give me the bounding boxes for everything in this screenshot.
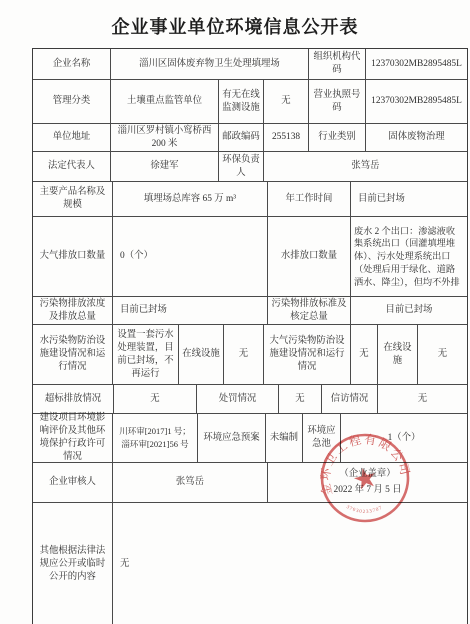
water-treatment-online-value: 无 (223, 325, 263, 384)
reviewer-label: 企业审核人 (33, 463, 112, 502)
water-treatment-value: 设置一套污水处理装置，目前已封场，不再运行 (112, 325, 178, 384)
table-row: 管理分类 土壤重点监管单位 有无在线监测设施 无 营业执照号码 12370302… (33, 79, 467, 123)
air-outlets-label: 大气排放口数量 (33, 217, 112, 296)
postal-code-value: 255138 (263, 124, 308, 151)
address-value: 淄川区罗村镇小窎桥西 200 米 (110, 124, 218, 151)
env-officer-value: 张笃岳 (263, 152, 467, 181)
management-category-value: 土壤重点监管单位 (110, 80, 218, 123)
petition-value: 无 (377, 385, 467, 413)
table-row: 单位地址 淄川区罗村镇小窎桥西 200 米 邮政编码 255138 行业类别 固… (33, 123, 467, 151)
air-treatment-online-label: 在线设施 (377, 325, 417, 384)
emergency-pool-label: 环境应急池 (302, 414, 340, 462)
stamp-note: （企业盖章） (339, 468, 395, 481)
air-treatment-label: 大气污染物防治设施建设情况和运行情况 (263, 325, 350, 384)
table-row: 水污染物防治设施建设情况和运行情况 设置一套污水处理装置，目前已封场，不再运行 … (33, 324, 467, 384)
air-treatment-value: 无 (350, 325, 377, 384)
org-code-label: 组织机构代码 (308, 49, 365, 79)
other-disclosure-value: 无 (112, 503, 467, 624)
stamp-date: 2022 年 7 月 5 日 (334, 484, 402, 497)
table-row: 企业名称 淄川区固体废弃物卫生处理填埋场 组织机构代码 12370302MB28… (33, 49, 467, 79)
air-treatment-online-value: 无 (417, 325, 467, 384)
main-products-value: 填埋场总库容 65 万 m³ (112, 182, 267, 216)
legal-representative-value: 徐建军 (110, 152, 218, 181)
page-title: 企业事业单位环境信息公开表 (0, 13, 470, 39)
table-row: 其他根据法律法规应公开或临时公开的内容 无 (33, 502, 467, 624)
table-row: 企业审核人 张笃岳 （企业盖章） 2022 年 7 月 5 日 (33, 462, 467, 502)
company-name-value: 淄川区固体废弃物卫生处理填埋场 (110, 49, 308, 79)
table-row: 建设项目环境影响评价及其他环境保护行政许可情况 川环审[2017]1 号；淄环审… (33, 413, 467, 462)
water-treatment-label: 水污染物防治设施建设情况和运行情况 (33, 325, 112, 384)
annual-work-time-label: 年工作时间 (267, 182, 350, 216)
reviewer-value: 张笃岳 (112, 463, 267, 502)
management-category-label: 管理分类 (33, 80, 110, 123)
water-outlets-value: 废水 2 个出口：渗滤液收集系统出口（回灌填埋堆体）、污水处理系统出口（处理后用… (350, 217, 467, 296)
discharge-concentration-value: 目前已封场 (112, 297, 267, 324)
water-outlets-label: 水排放口数量 (267, 217, 350, 296)
table-row: 法定代表人 徐建军 环保负责人 张笃岳 (33, 151, 467, 181)
discharge-concentration-label: 污染物排放浓度及排放总量 (33, 297, 112, 324)
legal-representative-label: 法定代表人 (33, 152, 110, 181)
table-row: 大气排放口数量 0（个） 水排放口数量 废水 2 个出口：渗滤液收集系统出口（回… (33, 216, 467, 296)
eia-permits-label: 建设项目环境影响评价及其他环境保护行政许可情况 (33, 414, 112, 462)
emergency-pool-value: 1（个） (340, 414, 467, 462)
document-page: 企业事业单位环境信息公开表 企业名称 淄川区固体废弃物卫生处理填埋场 组织机构代… (0, 0, 470, 624)
industry-value: 固体废物治理 (365, 124, 467, 151)
address-label: 单位地址 (33, 124, 110, 151)
company-name-label: 企业名称 (33, 49, 110, 79)
discharge-standards-value: 目前已封场 (350, 297, 467, 324)
eia-permits-value: 川环审[2017]1 号；淄环审[2021]56 号 (112, 414, 197, 462)
table-row: 主要产品名称及规模 填埋场总库容 65 万 m³ 年工作时间 目前已封场 (33, 181, 467, 216)
discharge-standards-label: 污染物排放标准及核定总量 (267, 297, 350, 324)
water-treatment-online-label: 在线设施 (178, 325, 223, 384)
postal-code-label: 邮政编码 (218, 124, 263, 151)
env-officer-label: 环保负责人 (218, 152, 263, 181)
business-license-value: 12370302MB2895485L (365, 80, 467, 123)
online-monitoring-label: 有无在线监测设施 (218, 80, 263, 123)
excess-discharge-value: 无 (113, 385, 196, 413)
table-row: 污染物排放浓度及排放总量 目前已封场 污染物排放标准及核定总量 目前已封场 (33, 296, 467, 324)
excess-discharge-label: 超标排放情况 (33, 385, 113, 413)
other-disclosure-label: 其他根据法律法规应公开或临时公开的内容 (33, 503, 112, 624)
stamp-cell: （企业盖章） 2022 年 7 月 5 日 (267, 463, 467, 502)
disclosure-table: 企业名称 淄川区固体废弃物卫生处理填埋场 组织机构代码 12370302MB28… (32, 48, 468, 624)
online-monitoring-value: 无 (263, 80, 308, 123)
table-row: 超标排放情况 无 处罚情况 无 信访情况 无 (33, 384, 467, 413)
org-code-value: 12370302MB2895485L (365, 49, 467, 79)
main-products-label: 主要产品名称及规模 (33, 182, 112, 216)
air-outlets-value: 0（个） (112, 217, 267, 296)
penalty-label: 处罚情况 (196, 385, 278, 413)
business-license-label: 营业执照号码 (308, 80, 365, 123)
industry-label: 行业类别 (308, 124, 365, 151)
emergency-plan-value: 未编制 (265, 414, 302, 462)
annual-work-time-value: 目前已封场 (350, 182, 467, 216)
emergency-plan-label: 环境应急预案 (197, 414, 265, 462)
petition-label: 信访情况 (321, 385, 377, 413)
penalty-value: 无 (278, 385, 321, 413)
